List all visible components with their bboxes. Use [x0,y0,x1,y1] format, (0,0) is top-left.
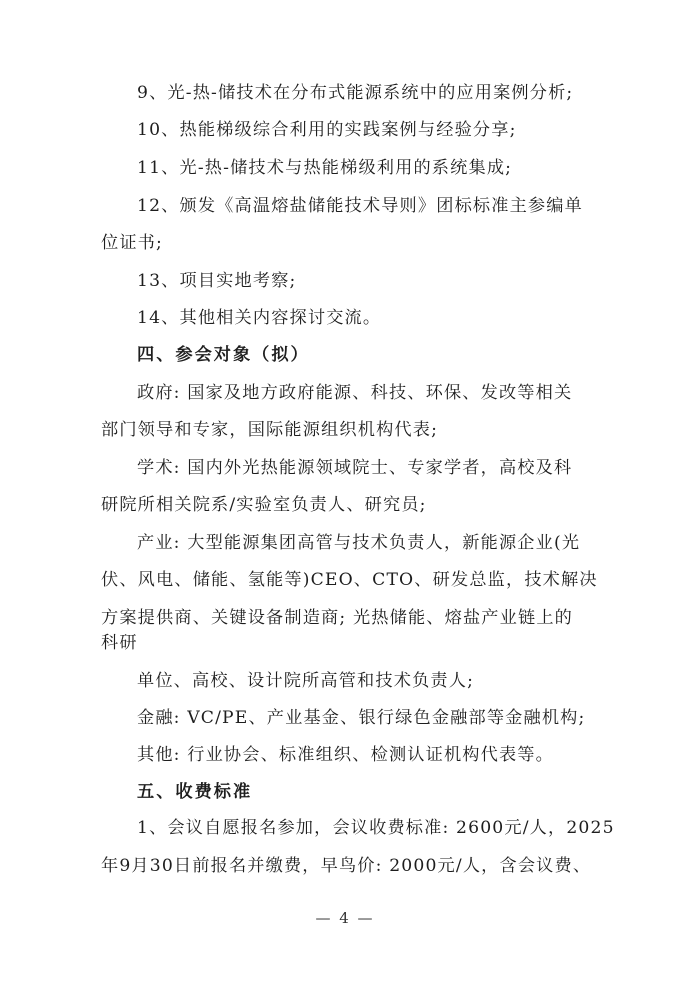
agenda-item-11: 11、光-热-储技术与热能梯级利用的系统集成; [137,157,512,179]
agenda-item-9: 9、光-热-储技术在分布式能源系统中的应用案例分析; [137,82,573,104]
page-number: — 4 — [0,907,690,929]
attendees-industry-continued-2: 方案提供商、关键设备制造商; 光热储能、熔盐产业链上的 [101,607,573,629]
agenda-item-12: 12、颁发《高温熔盐储能技术导则》团标标准主参编单 [137,195,583,217]
fee-item-1-continued: 年9月30日前报名并缴费，早鸟价: 2000元/人，含会议费、 [101,855,591,877]
attendees-academic: 学术: 国内外光热能源领域院士、专家学者，高校及科 [137,457,572,479]
attendees-finance: 金融: VC/PE、产业基金、银行绿色金融部等金融机构; [137,707,585,729]
section-heading-fees: 五、收费标准 [137,781,252,803]
attendees-industry-continued-1: 伏、风电、储能、氢能等)CEO、CTO、研发总监，技术解决 [101,569,598,591]
section-heading-attendees: 四、参会对象（拟） [137,344,310,366]
document-page: 9、光-热-储技术在分布式能源系统中的应用案例分析; 10、热能梯级综合利用的实… [0,0,700,989]
agenda-item-12-continued: 位证书; [101,232,163,254]
attendees-industry: 产业: 大型能源集团高管与技术负责人，新能源企业(光 [137,532,580,554]
fee-item-1: 1、会议自愿报名参加，会议收费标准: 2600元/人，2025 [137,817,615,839]
attendees-government-continued: 部门领导和专家，国际能源组织机构代表; [101,419,438,441]
agenda-item-10: 10、热能梯级综合利用的实践案例与经验分享; [137,119,517,141]
agenda-item-13: 13、项目实地考察; [137,270,296,292]
agenda-item-14: 14、其他相关内容探讨交流。 [137,307,381,329]
attendees-industry-continued-3: 科研 [101,632,138,654]
attendees-industry-continued-4: 单位、高校、设计院所高管和技术负责人; [137,670,474,692]
attendees-government: 政府: 国家及地方政府能源、科技、环保、发改等相关 [137,382,572,404]
attendees-academic-continued: 研院所相关院系/实验室负责人、研究员; [101,494,427,516]
attendees-other: 其他: 行业协会、标准组织、检测认证机构代表等。 [137,744,554,766]
